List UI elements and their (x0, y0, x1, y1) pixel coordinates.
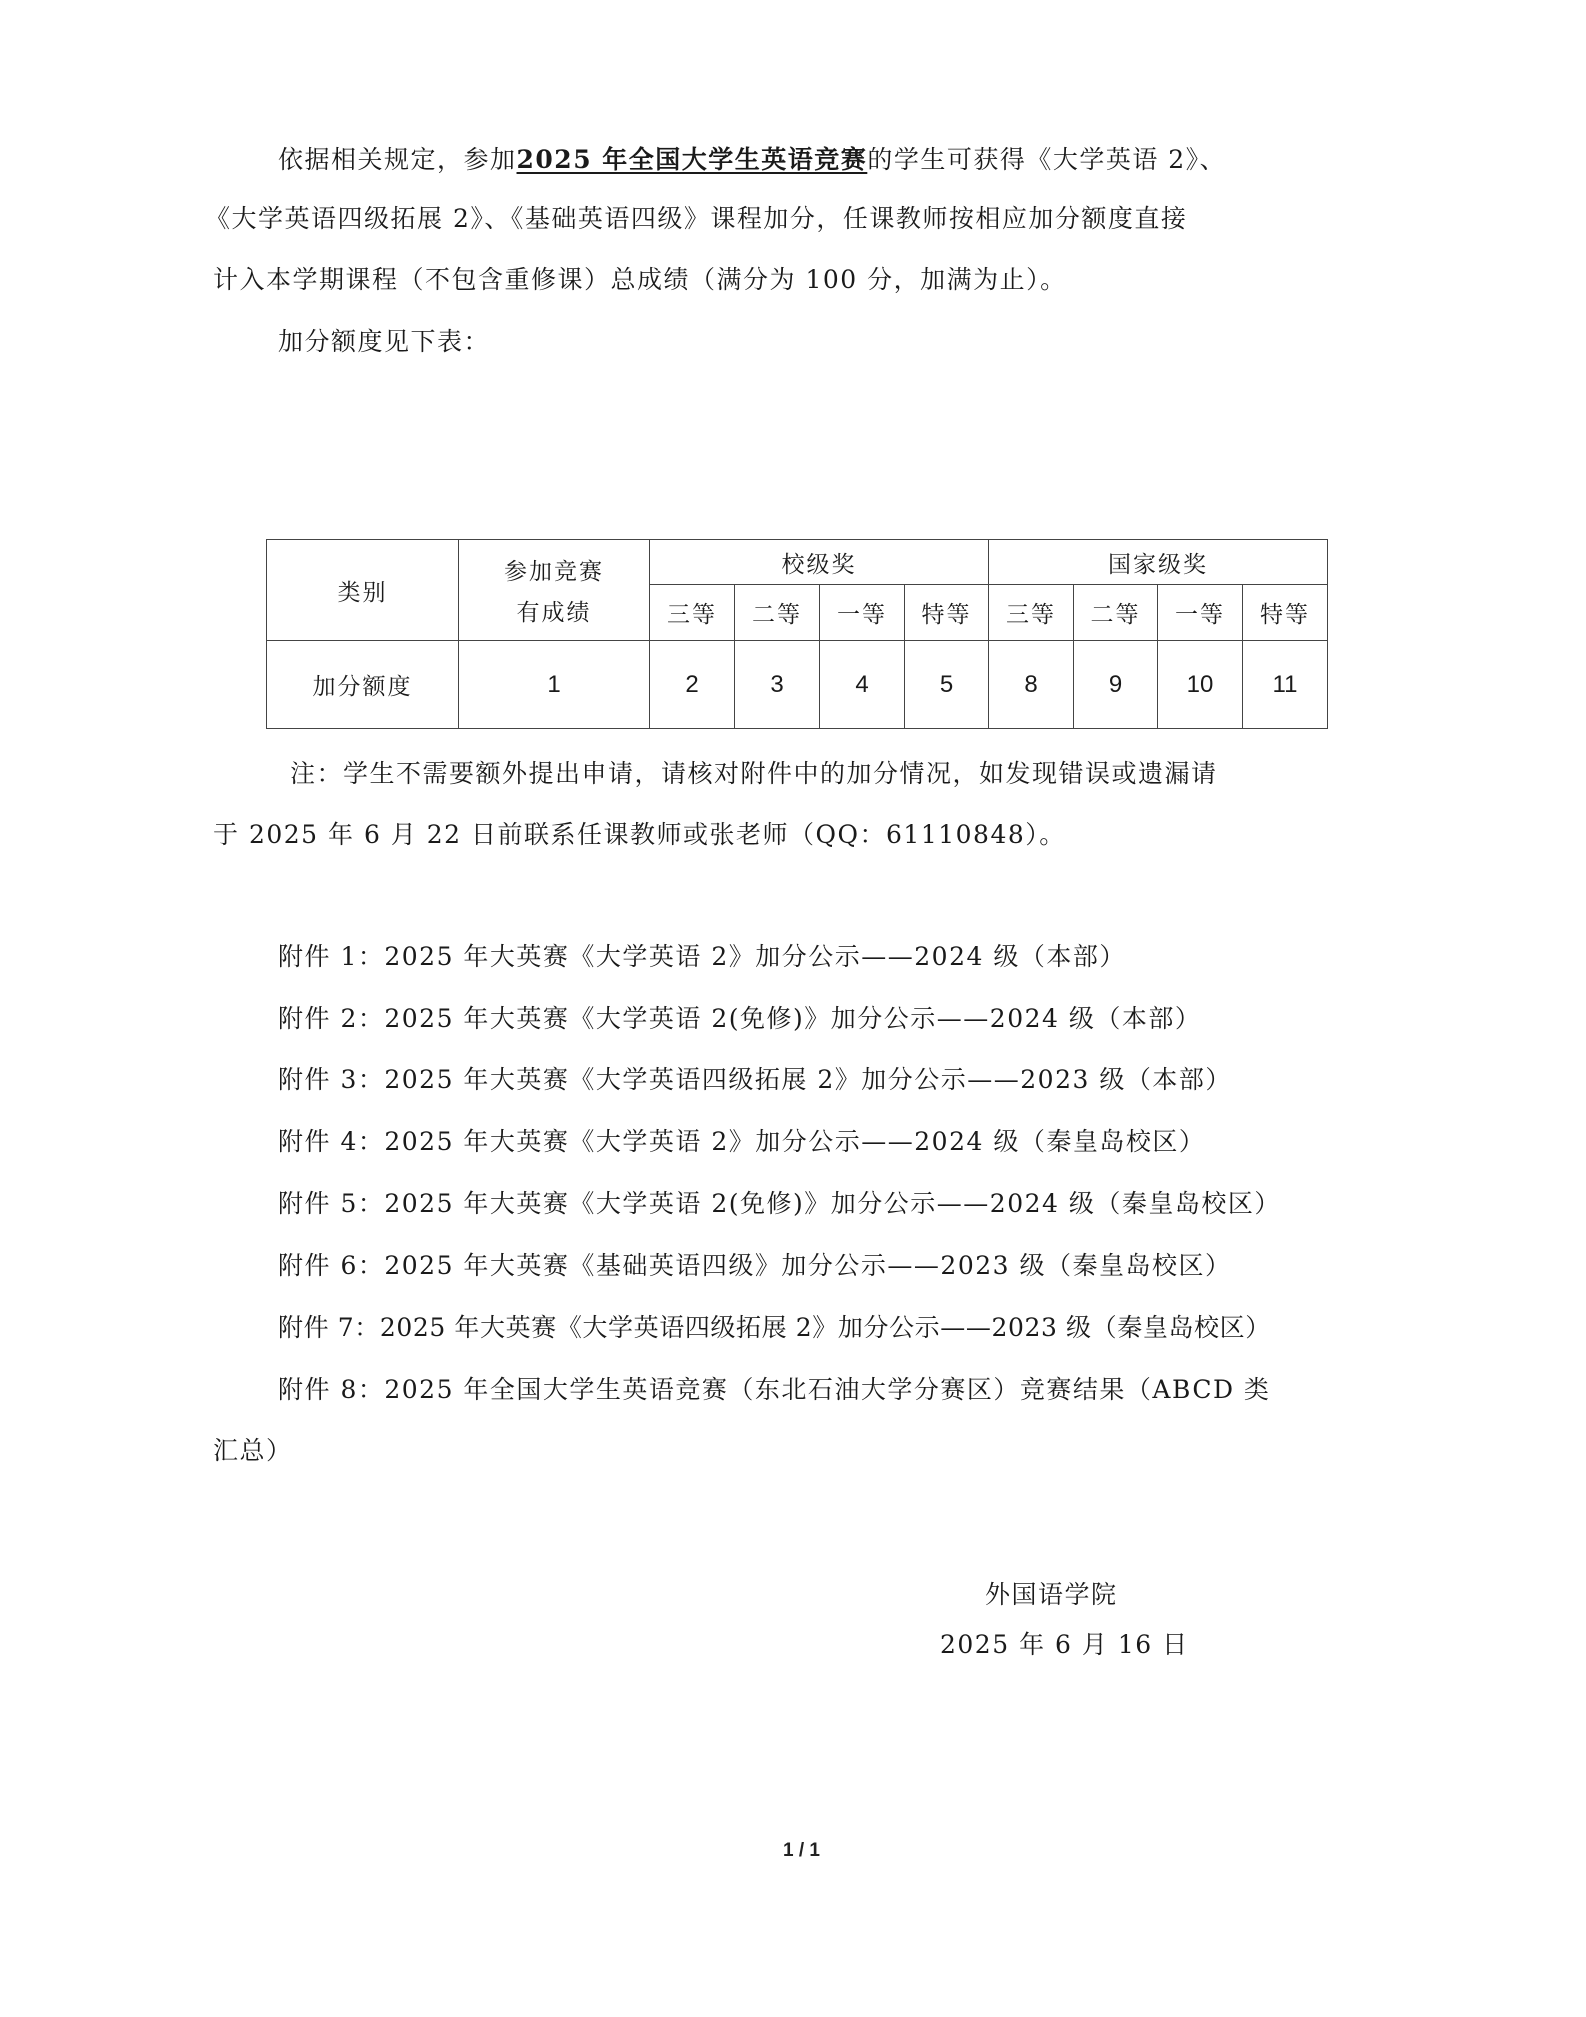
competition-name: 2025 年全国大学生英语竞赛 (517, 145, 868, 174)
attachment-8[interactable]: 附件 8：2025 年全国大学生英语竞赛（东北石油大学分赛区）竞赛结果（ABCD… (278, 1373, 1270, 1407)
value-school-first: 4 (820, 641, 905, 729)
row-label: 加分额度 (267, 641, 459, 729)
note-line-1: 注：学生不需要额外提出申请，请核对附件中的加分情况，如发现错误或遗漏请 (290, 757, 1218, 791)
table-header-row: 类别 参加竞赛 有成绩 校级奖 国家级奖 (267, 540, 1328, 585)
header-school-second: 二等 (735, 585, 820, 641)
table-intro: 加分额度见下表： (278, 325, 490, 359)
intro-text-prefix: 依据相关规定，参加 (278, 145, 517, 174)
header-category: 类别 (267, 540, 459, 641)
header-national-second: 二等 (1074, 585, 1158, 641)
attachment-6[interactable]: 附件 6：2025 年大英赛《基础英语四级》加分公示——2023 级（秦皇岛校区… (278, 1249, 1232, 1283)
bonus-points-table: 类别 参加竞赛 有成绩 校级奖 国家级奖 三等 二等 一等 特等 三等 二等 一… (266, 539, 1328, 729)
value-school-second: 3 (735, 641, 820, 729)
value-national-third: 8 (989, 641, 1074, 729)
header-school-award: 校级奖 (650, 540, 989, 585)
header-school-third: 三等 (650, 585, 735, 641)
signature-date: 2025 年 6 月 16 日 (940, 1628, 1189, 1662)
intro-line-3: 计入本学期课程（不包含重修课）总成绩（满分为 100 分，加满为止）。 (213, 263, 1067, 297)
header-participation-line2: 有成绩 (459, 594, 649, 627)
header-national-third: 三等 (989, 585, 1074, 641)
header-school-first: 一等 (820, 585, 905, 641)
value-participation: 1 (459, 641, 650, 729)
attachment-3[interactable]: 附件 3：2025 年大英赛《大学英语四级拓展 2》加分公示——2023 级（本… (278, 1063, 1232, 1097)
header-national-special: 特等 (1243, 585, 1328, 641)
table-row: 加分额度 1 2 3 4 5 8 9 10 11 (267, 641, 1328, 729)
header-school-special: 特等 (905, 585, 989, 641)
attachment-4[interactable]: 附件 4：2025 年大英赛《大学英语 2》加分公示——2024 级（秦皇岛校区… (278, 1125, 1205, 1159)
value-school-special: 5 (905, 641, 989, 729)
intro-line-1: 依据相关规定，参加2025 年全国大学生英语竞赛的学生可获得《大学英语 2》、 (278, 143, 1226, 177)
header-national-first: 一等 (1158, 585, 1243, 641)
attachment-5[interactable]: 附件 5：2025 年大英赛《大学英语 2(免修)》加分公示——2024 级（秦… (278, 1187, 1281, 1221)
attachment-2[interactable]: 附件 2：2025 年大英赛《大学英语 2(免修)》加分公示——2024 级（本… (278, 1002, 1201, 1036)
attachment-1[interactable]: 附件 1：2025 年大英赛《大学英语 2》加分公示——2024 级（本部） (278, 940, 1126, 974)
intro-text-suffix: 的学生可获得《大学英语 2》、 (867, 145, 1226, 174)
header-participation: 参加竞赛 有成绩 (459, 540, 650, 641)
header-national-award: 国家级奖 (989, 540, 1328, 585)
value-school-third: 2 (650, 641, 735, 729)
attachment-8-continuation: 汇总） (213, 1434, 293, 1468)
attachment-7[interactable]: 附件 7：2025 年大英赛《大学英语四级拓展 2》加分公示——2023 级（秦… (278, 1311, 1271, 1345)
note-line-2: 于 2025 年 6 月 22 日前联系任课教师或张老师（QQ：61110848… (213, 818, 1066, 852)
intro-line-2: 《大学英语四级拓展 2》、《基础英语四级》课程加分，任课教师按相应加分额度直接 (205, 202, 1187, 236)
value-national-second: 9 (1074, 641, 1158, 729)
value-national-special: 11 (1243, 641, 1328, 729)
signature-org: 外国语学院 (985, 1578, 1118, 1612)
page-number: 1 / 1 (783, 1840, 820, 1862)
header-participation-line1: 参加竞赛 (459, 553, 649, 586)
value-national-first: 10 (1158, 641, 1243, 729)
